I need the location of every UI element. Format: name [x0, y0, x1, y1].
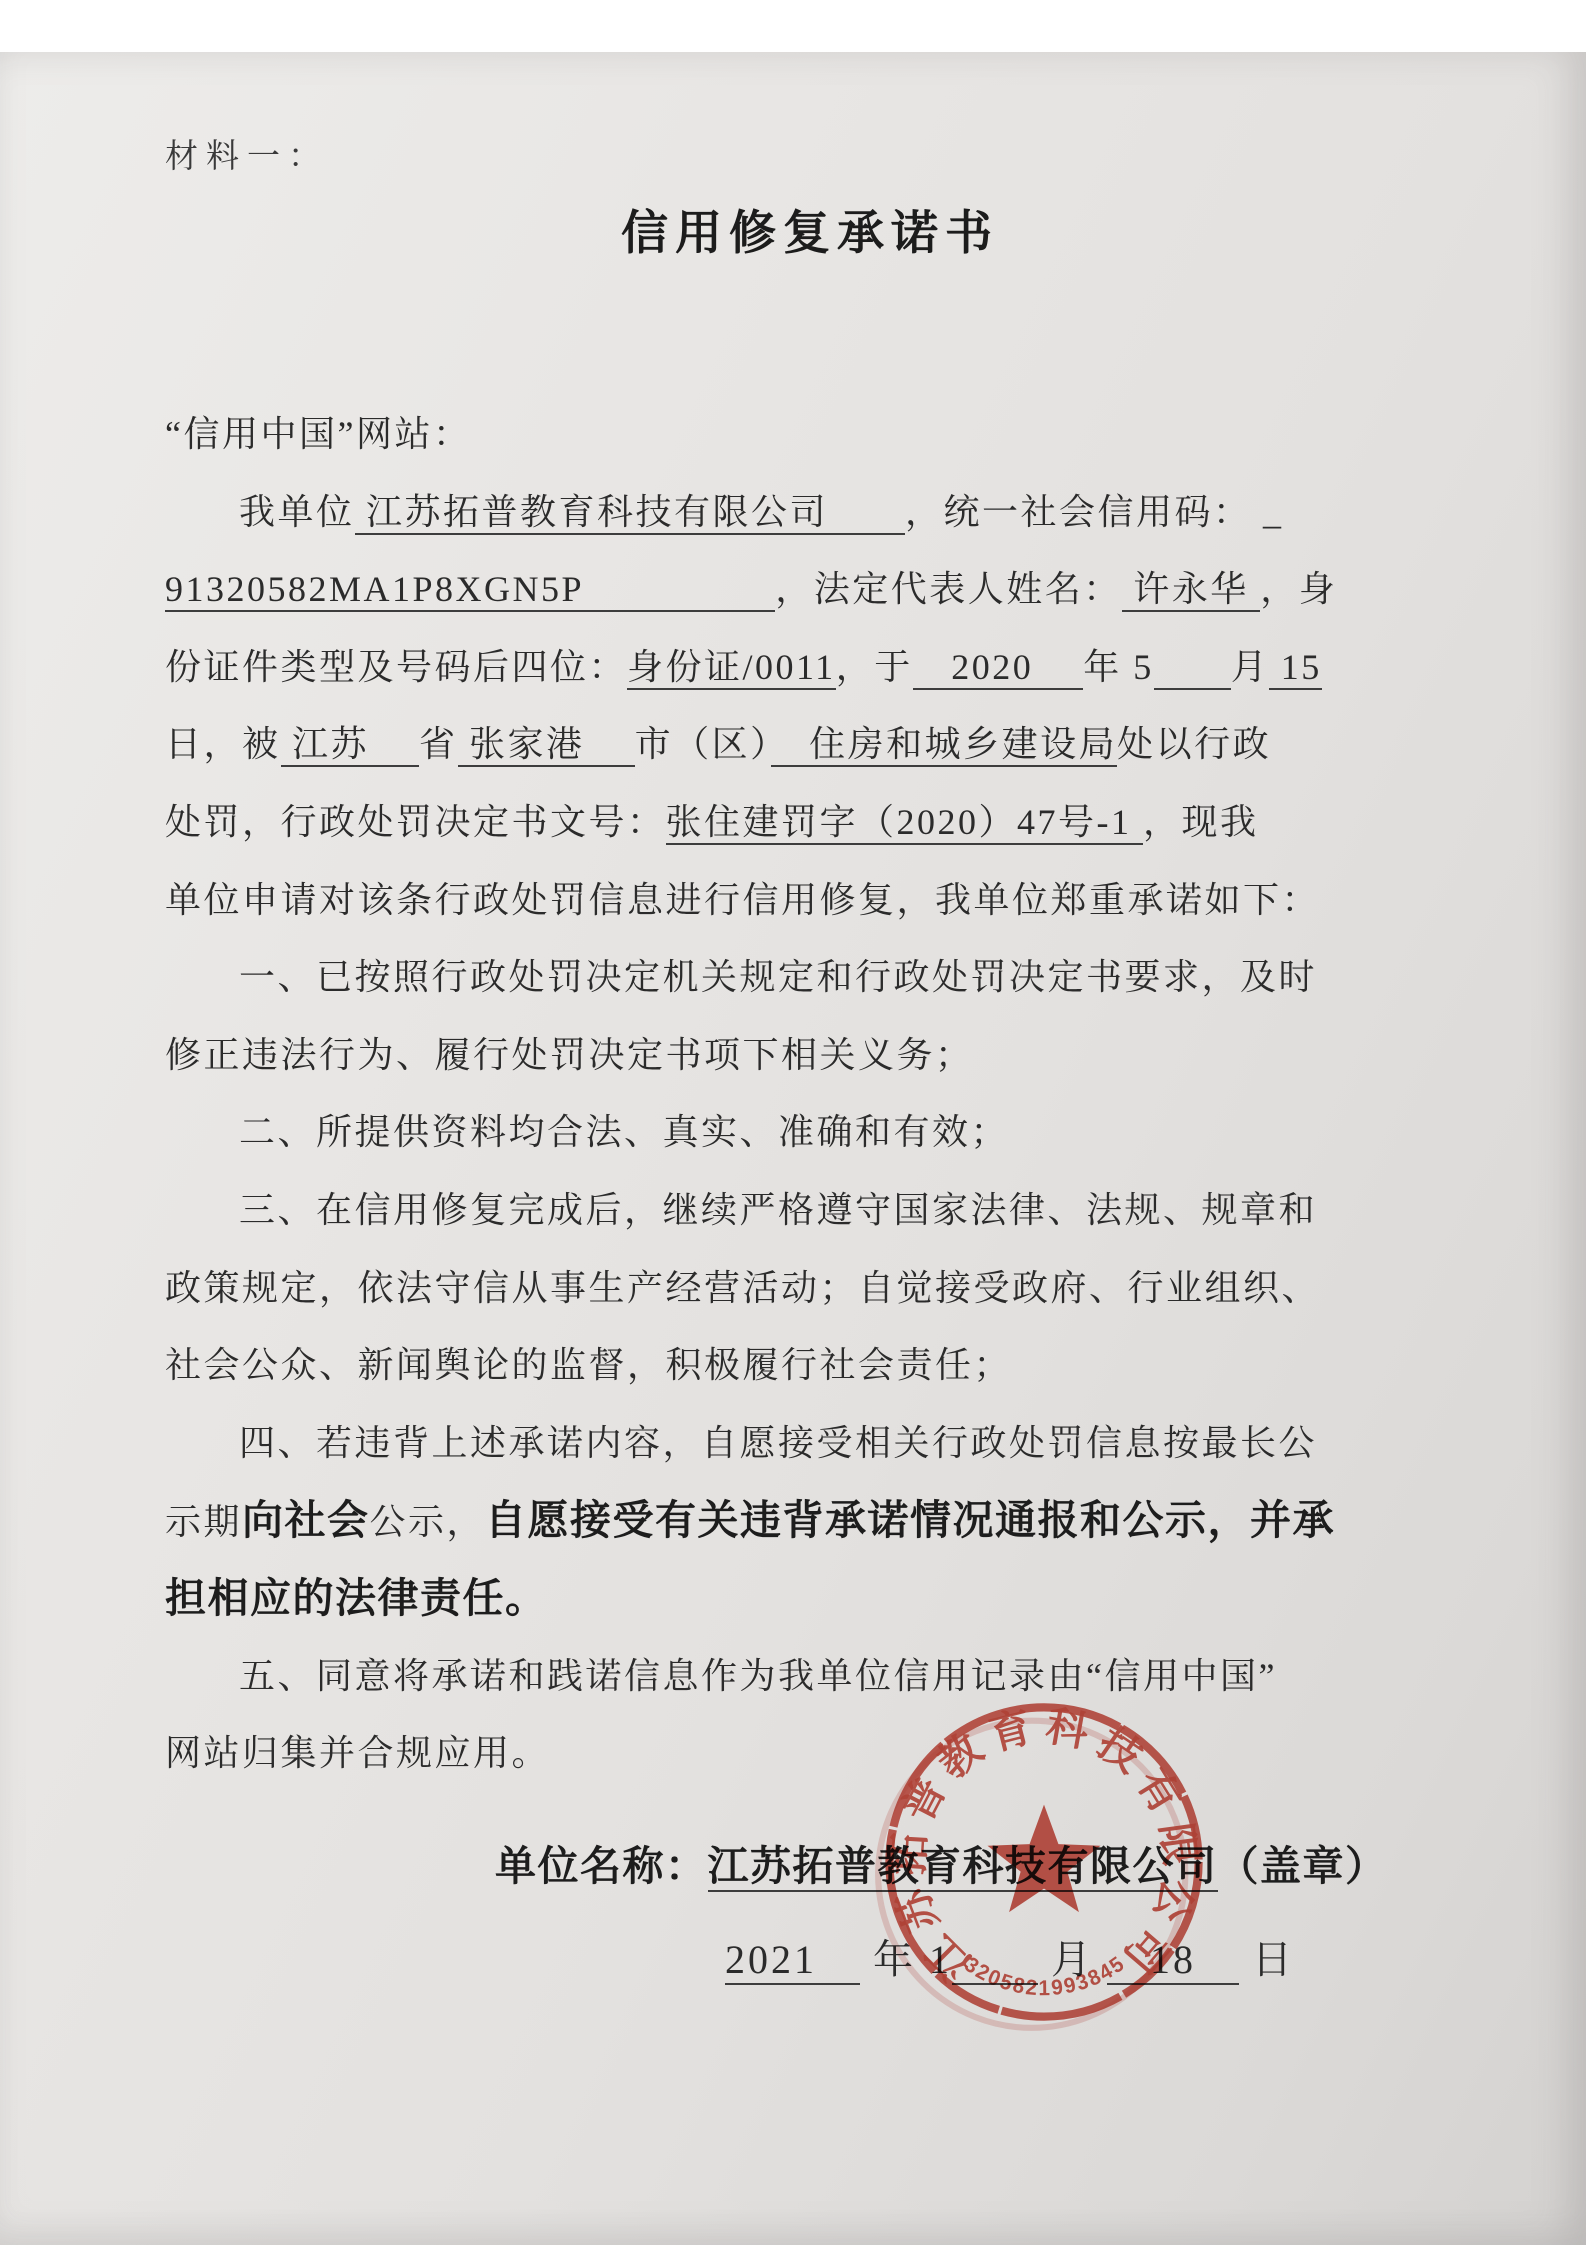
- text-line: 91320582MA1P8XGN5P ，法定代表人姓名： 许永华 ，身: [165, 551, 1455, 629]
- text-segment: 公示，: [370, 1502, 486, 1542]
- material-label: 材料一：: [165, 130, 1455, 182]
- text-line: 修正违法行为、履行处罚决定书项下相关义务；: [165, 1017, 1455, 1095]
- scan-white-margin: [0, 0, 1586, 52]
- text-line: 四、若违背上述承诺内容，自愿接受相关行政处罚信息按最长公: [165, 1405, 1455, 1483]
- text-segment: 张住建罚字（2020）47号-1: [666, 802, 1144, 845]
- text-line: 示期向社会公示，自愿接受有关违背承诺情况通报和公示，并承: [165, 1482, 1455, 1560]
- seal-serial-number: 3205821993845: [960, 1951, 1130, 2000]
- text-segment: _: [1252, 492, 1284, 532]
- text-segment: 月: [1231, 647, 1270, 687]
- text-segment: 社会公众、新闻舆论的监督，积极履行社会责任；: [165, 1345, 1012, 1385]
- text-segment: 二、所提供资料均合法、真实、准确和有效；: [239, 1112, 1009, 1152]
- text-segment: 我单位: [239, 492, 355, 532]
- text-line: 份证件类型及号码后四位：身份证/0011，于 2020 年 5 月 15: [165, 629, 1455, 707]
- text-segment: ，身: [1260, 569, 1337, 609]
- text-segment: 2021: [725, 1937, 860, 1985]
- text-segment: 日: [1239, 1937, 1295, 1982]
- text-line: 二、所提供资料均合法、真实、准确和有效；: [165, 1094, 1455, 1172]
- document-page: 材料一： 信用修复承诺书 “信用中国”网站：我单位 江苏拓普教育科技有限公司 ，…: [0, 52, 1586, 2245]
- text-segment: ，于: [836, 647, 913, 687]
- company-seal-stamp: 江苏拓普教育科技有限公司 3205821993845: [872, 1690, 1216, 2034]
- text-segment: 三、在信用修复完成后，继续严格遵守国家法律、法规、规章和: [239, 1190, 1317, 1230]
- text-segment: ，法定代表人姓名：: [775, 569, 1122, 609]
- text-line: 我单位 江苏拓普教育科技有限公司 ，统一社会信用码： _: [165, 474, 1455, 552]
- text-segment: 江苏: [281, 724, 420, 767]
- scanned-document: 材料一： 信用修复承诺书 “信用中国”网站：我单位 江苏拓普教育科技有限公司 ，…: [0, 0, 1586, 2245]
- text-segment: 向社会: [242, 1497, 370, 1543]
- text-segment: 身份证/0011: [627, 647, 836, 690]
- document-body: “信用中国”网站：我单位 江苏拓普教育科技有限公司 ，统一社会信用码： _913…: [165, 396, 1455, 1793]
- text-segment: 张家港: [458, 724, 635, 767]
- page-title: 信用修复承诺书: [165, 196, 1455, 266]
- text-line: 政策规定，依法守信从事生产经营活动；自觉接受政府、行业组织、: [165, 1250, 1455, 1328]
- text-segment: 年 5: [1083, 647, 1154, 687]
- text-segment: 省: [419, 724, 458, 764]
- text-segment: 15: [1269, 647, 1322, 690]
- text-segment: 单位名称：: [495, 1843, 708, 1889]
- text-segment: 市（区）: [635, 724, 771, 764]
- text-segment: 日，被: [165, 724, 281, 764]
- text-segment: 修正违法行为、履行处罚决定书项下相关义务；: [165, 1035, 974, 1075]
- seal-star-icon: [987, 1805, 1100, 1912]
- text-segment: 自愿接受有关违背承诺情况通报和公示，并承: [485, 1497, 1335, 1543]
- text-segment: 网站归集并合规应用。: [165, 1733, 550, 1773]
- text-line: 一、已按照行政处罚决定机关规定和行政处罚决定书要求，及时: [165, 939, 1455, 1017]
- text-line: “信用中国”网站：: [165, 396, 1455, 474]
- text-segment: （盖章）: [1218, 1843, 1388, 1889]
- text-segment: ，统一社会信用码：: [905, 492, 1252, 532]
- text-segment: 江苏拓普教育科技有限公司: [355, 492, 906, 535]
- document-content: 材料一： 信用修复承诺书 “信用中国”网站：我单位 江苏拓普教育科技有限公司 ，…: [165, 130, 1455, 1991]
- text-segment: 四、若违背上述承诺内容，自愿接受相关行政处罚信息按最长公: [239, 1423, 1317, 1463]
- text-segment: 住房和城乡建设局: [771, 724, 1118, 767]
- text-segment: ，现我: [1143, 802, 1259, 842]
- text-segment: 许永华: [1122, 569, 1261, 612]
- text-segment: 91320582MA1P8XGN5P: [165, 569, 775, 612]
- text-segment: 政策规定，依法守信从事生产经营活动；自觉接受政府、行业组织、: [165, 1268, 1320, 1308]
- text-segment: “信用中国”网站：: [165, 414, 471, 454]
- text-segment: 处以行政: [1117, 724, 1271, 764]
- text-segment: 单位申请对该条行政处罚信息进行信用修复，我单位郑重承诺如下：: [165, 880, 1320, 920]
- text-line: 单位申请对该条行政处罚信息进行信用修复，我单位郑重承诺如下：: [165, 862, 1455, 940]
- text-segment: 示期: [165, 1502, 242, 1542]
- text-line: 网站归集并合规应用。: [165, 1715, 1455, 1793]
- text-line: 处罚，行政处罚决定书文号：张住建罚字（2020）47号-1 ，现我: [165, 784, 1455, 862]
- text-segment: 份证件类型及号码后四位：: [165, 647, 627, 687]
- text-segment: 2020: [913, 647, 1084, 690]
- text-line: 日，被 江苏 省 张家港 市（区） 住房和城乡建设局处以行政: [165, 706, 1455, 784]
- text-line: 社会公众、新闻舆论的监督，积极履行社会责任；: [165, 1327, 1455, 1405]
- text-segment: [1154, 647, 1231, 690]
- text-segment: 一、已按照行政处罚决定机关规定和行政处罚决定书要求，及时: [239, 957, 1317, 997]
- text-line: 三、在信用修复完成后，继续严格遵守国家法律、法规、规章和: [165, 1172, 1455, 1250]
- text-segment: 处罚，行政处罚决定书文号：: [165, 802, 666, 842]
- text-line: 担相应的法律责任。: [165, 1560, 1455, 1638]
- text-segment: 担相应的法律责任。: [165, 1575, 548, 1621]
- text-line: 五、同意将承诺和践诺信息作为我单位信用记录由“信用中国”: [165, 1638, 1455, 1716]
